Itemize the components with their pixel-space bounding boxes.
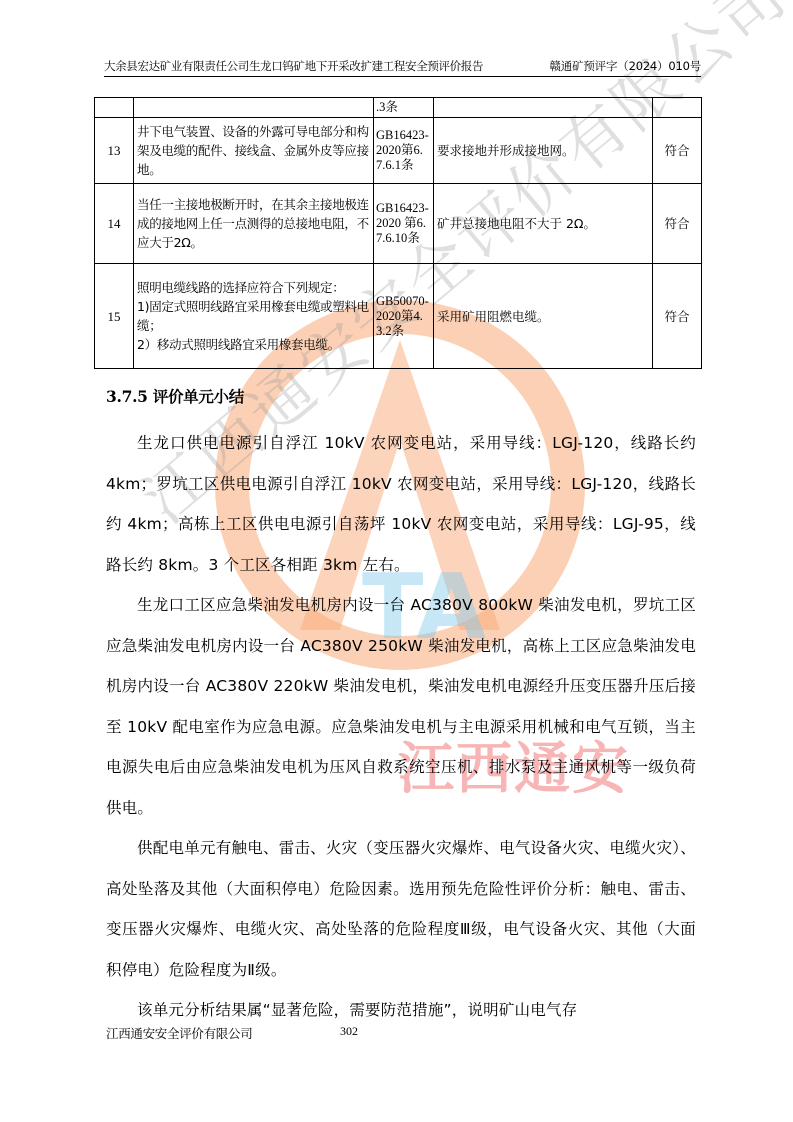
- standard-ref: GB16423-2020 第6.7.6.10条: [374, 184, 434, 264]
- row-number: 15: [95, 264, 134, 369]
- result: 符合: [653, 184, 702, 264]
- row-number: 13: [95, 118, 134, 184]
- finding: 采用矿用阻燃电缆。: [434, 264, 653, 369]
- paragraph-hazard-analysis: 供配电单元有触电、雷击、火灾（变压器火灾爆炸、电气设备火灾、电缆火灾）、高处坠落…: [106, 828, 696, 990]
- compliance-table: .3条 13 井下电气装置、设备的外露可导电部分和构架及电缆的配件、接线盒、金属…: [94, 97, 702, 369]
- table-row: .3条: [95, 98, 702, 118]
- result: 符合: [653, 118, 702, 184]
- check-item: 当任一主接地极断开时，在其余主接地极连成的接地网上任一点测得的总接地电阻，不应大…: [134, 184, 374, 264]
- table-row: 15 照明电缆线路的选择应符合下列规定： 1)固定式照明线路宜采用橡套电缆或塑料…: [95, 264, 702, 369]
- check-item: [134, 98, 374, 118]
- check-item: 照明电缆线路的选择应符合下列规定： 1)固定式照明线路宜采用橡套电缆或塑料电缆；…: [134, 264, 374, 369]
- standard-ref: .3条: [374, 98, 434, 118]
- page-number: 302: [340, 1024, 358, 1039]
- report-title: 大余县宏达矿业有限责任公司生龙口钨矿地下开采改扩建工程安全预评价报告: [104, 58, 483, 74]
- table-row: 13 井下电气装置、设备的外露可导电部分和构架及电缆的配件、接线盒、金属外皮等应…: [95, 118, 702, 184]
- running-header: 大余县宏达矿业有限责任公司生龙口钨矿地下开采改扩建工程安全预评价报告 赣通矿预评…: [104, 58, 701, 77]
- row-number: 14: [95, 184, 134, 264]
- check-item: 井下电气装置、设备的外露可导电部分和构架及电缆的配件、接线盒、金属外皮等应接地。: [134, 118, 374, 184]
- finding: 要求接地并形成接地网。: [434, 118, 653, 184]
- row-number: [95, 98, 134, 118]
- standard-ref: GB16423-2020第6.7.6.1条: [374, 118, 434, 184]
- finding: [434, 98, 653, 118]
- paragraph-emergency-generator: 生龙口工区应急柴油发电机房内设一台 AC380V 800kW 柴油发电机，罗坑工…: [106, 585, 696, 828]
- result: 符合: [653, 264, 702, 369]
- footer-company: 江西通安安全评价有限公司: [106, 1024, 252, 1042]
- finding: 矿井总接地电阻不大于 2Ω。: [434, 184, 653, 264]
- result: [653, 98, 702, 118]
- section-heading: 3.7.5 评价单元小结: [106, 385, 244, 407]
- table-row: 14 当任一主接地极断开时，在其余主接地极连成的接地网上任一点测得的总接地电阻，…: [95, 184, 702, 264]
- paragraph-power-supply: 生龙口供电电源引自浮江 10kV 农网变电站，采用导线：LGJ-120，线路长约…: [106, 423, 696, 585]
- report-number: 赣通矿预评字（2024）010号: [549, 58, 701, 74]
- standard-ref: GB50070-2020第4.3.2条: [374, 264, 434, 369]
